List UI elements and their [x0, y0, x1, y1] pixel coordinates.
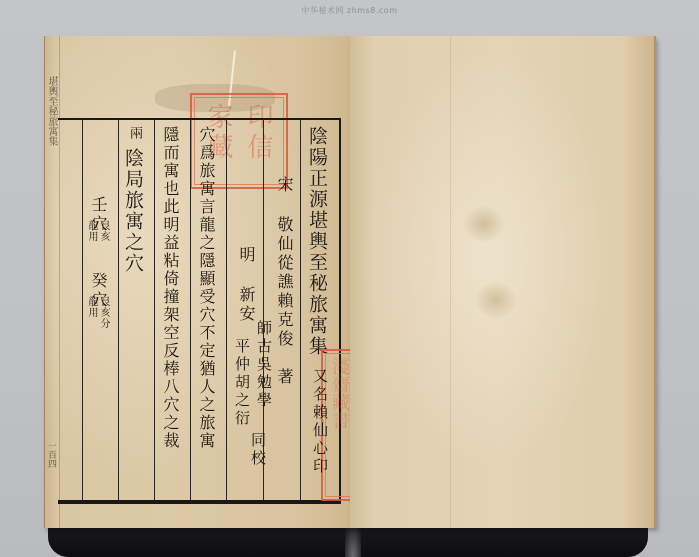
author-name: 敬仙從譙賴克俊 [274, 216, 294, 349]
paper-crease [476, 282, 516, 318]
entry-2-note-a: 艮亥分 [98, 296, 109, 329]
right-page [350, 36, 656, 528]
watermark-text: 中华秘术网 zhms8.com [0, 5, 699, 16]
entry-1-note-b: 龍用 [86, 220, 97, 242]
editor-dynasty: 明 [236, 246, 256, 265]
column-rule [82, 120, 83, 500]
spine-label: 堪輿至秘旅寓集 [46, 76, 58, 146]
alt-name: 又名賴仙心印 [310, 368, 330, 476]
section-title: 陰局旅寓之穴 [122, 148, 144, 274]
preface-column-2: 隱而寓也此明益粘倚撞架空反棒八穴之裁 [160, 126, 180, 450]
column-rule [190, 120, 191, 500]
paper-crease [464, 206, 504, 242]
author-suffix: 著 [274, 368, 294, 387]
editor-suffix: 同校 [248, 432, 268, 468]
column-rule [300, 120, 301, 500]
book-spine-gap [345, 528, 361, 557]
editor-name-1: 師古吳勉學 [254, 320, 274, 410]
entry-2-note-b: 龍用 [86, 296, 97, 318]
author-dynasty: 宋 [274, 176, 294, 195]
column-rule [118, 120, 119, 500]
entry-1-note-a: 艮亥 [98, 220, 109, 242]
tall-seal-text: 淺齋藏書 [327, 357, 351, 429]
left-page: 堪輿至秘旅寓集 一百四 印信家藏 陰陽正源堪輿至秘旅寓集 宋 敬仙從譙賴克俊 著… [44, 36, 351, 528]
editor-name-2: 平仲胡之衍 [232, 338, 252, 428]
preface-column-1: 穴爲旅寓言龍之隱顯受穴不定猶人之旅寓 [196, 126, 216, 450]
section-marker: 兩 [124, 126, 144, 142]
book-title: 陰陽正源堪輿至秘旅寓集 [306, 126, 328, 357]
editor-origin: 新安 [236, 286, 256, 324]
page-fold-line [450, 36, 451, 528]
column-rule [226, 120, 227, 500]
spine-page-number: 一百四 [46, 441, 58, 468]
text-frame: 陰陽正源堪輿至秘旅寓集 宋 敬仙從譙賴克俊 著 明 新安 師古吳勉學 平仲胡之衍… [58, 118, 341, 504]
column-rule [154, 120, 155, 500]
